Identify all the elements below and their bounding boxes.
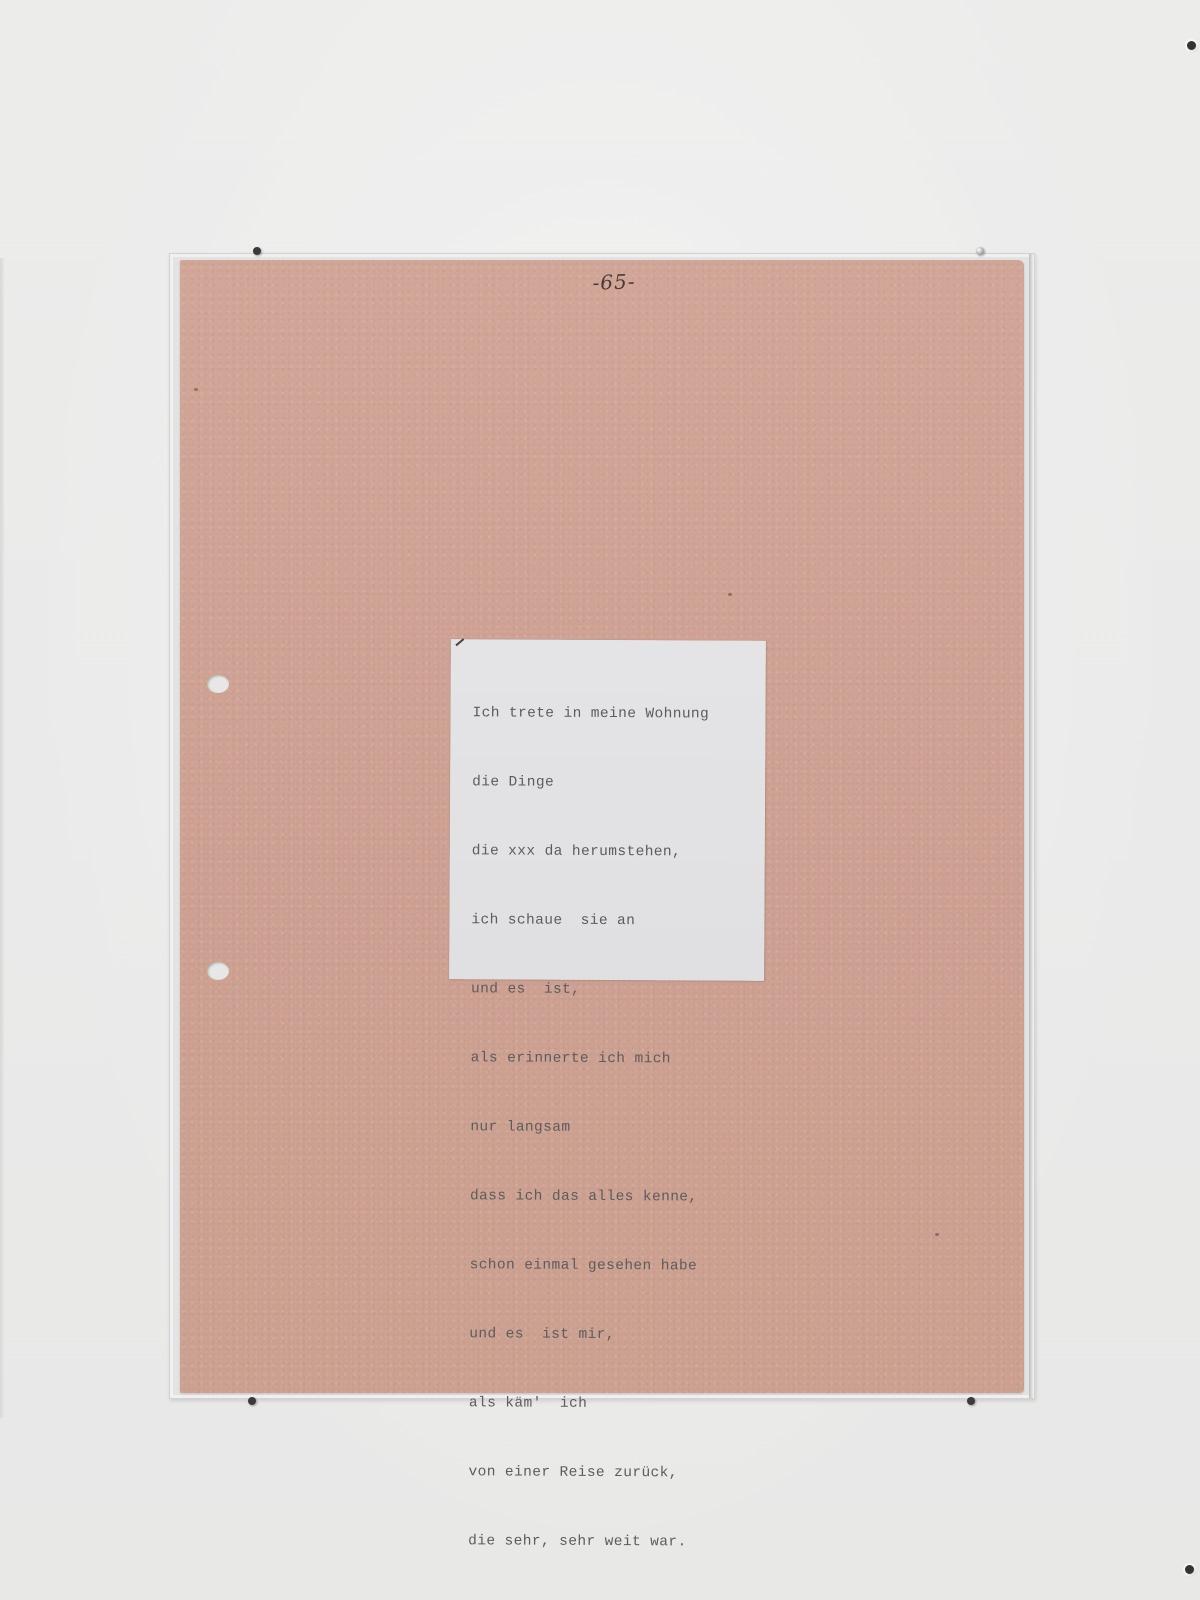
wall-pin-top-right — [1187, 41, 1196, 50]
punch-hole-lower — [207, 962, 229, 980]
frame-edge — [1029, 254, 1034, 1398]
poem-line: von einer Reise zurück, — [468, 1461, 705, 1485]
poem-line: schon einmal gesehen habe — [470, 1254, 707, 1278]
poem-line: Ich trete in meine Wohnung — [472, 702, 709, 726]
wall-pin-bottom-right — [1185, 1565, 1194, 1574]
poem-text: Ich trete in meine Wohnung die Dinge die… — [468, 656, 710, 1600]
paper-speck — [194, 388, 198, 391]
paper-speck — [728, 593, 732, 596]
frame-pin-top-left — [253, 247, 261, 255]
poem-line: nur langsam — [470, 1116, 707, 1140]
poem-line: als käm' ich — [469, 1392, 706, 1416]
paper-speck — [935, 1233, 939, 1236]
poem-line: ich schaue sie an — [471, 909, 708, 933]
frame-pin-bottom-left — [248, 1397, 256, 1405]
frame-pin-bottom-right — [967, 1397, 975, 1405]
poem-line: die Dinge — [472, 771, 709, 795]
poem-line: die xxx da herumstehen, — [472, 840, 709, 864]
punch-hole-upper — [207, 675, 229, 693]
poem-line: dass ich das alles kenne, — [470, 1185, 707, 1209]
pencil-mark — [455, 638, 464, 646]
poem-line: und es ist mir, — [469, 1323, 706, 1347]
poem-line: als erinnerte ich mich — [471, 1047, 708, 1071]
adjacent-frame-edge — [0, 258, 4, 1418]
handwritten-page-number: -65- — [584, 269, 645, 295]
poem-line: die sehr, sehr weit war. — [468, 1530, 705, 1554]
poem-line: und es ist, — [471, 978, 708, 1002]
typed-poem-card: Ich trete in meine Wohnung die Dinge die… — [449, 639, 766, 981]
frame-pin-top-right — [976, 247, 984, 255]
